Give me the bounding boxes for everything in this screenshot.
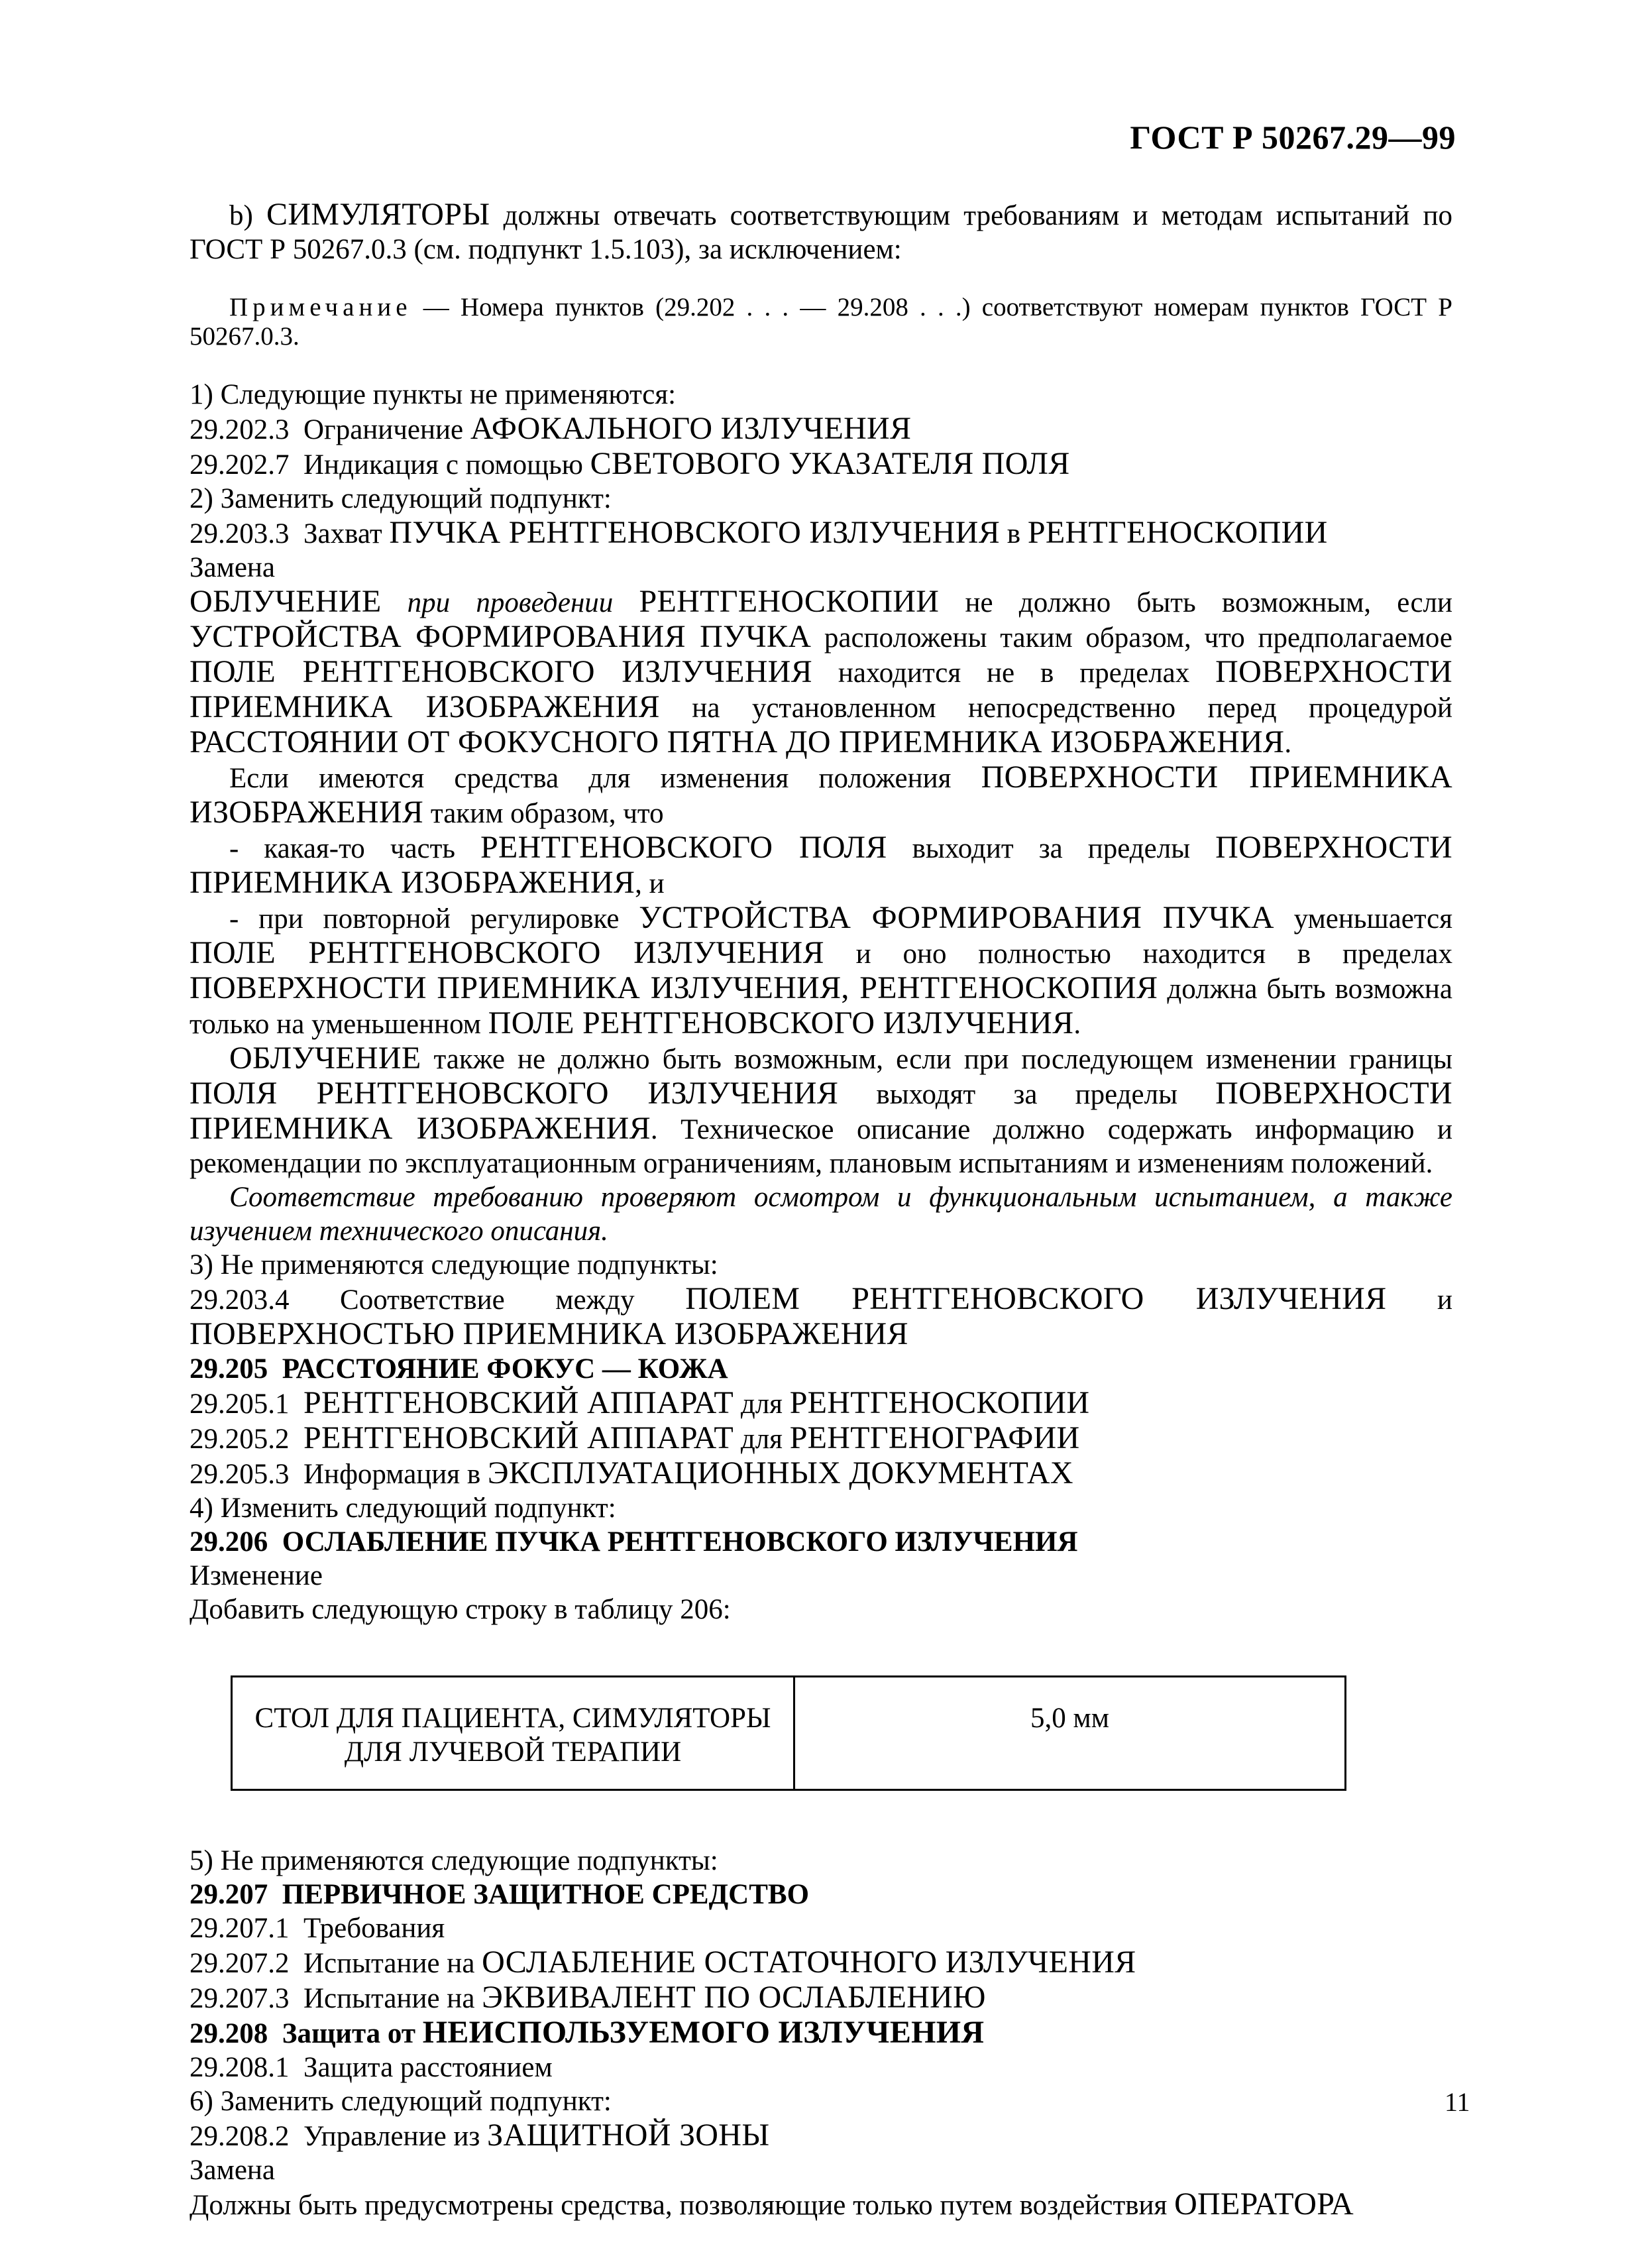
paragraph-text: - какая-то часть (229, 833, 480, 864)
paragraph-text: и (1386, 1284, 1452, 1316)
paragraph-b: b) СИМУЛЯТОРЫ должны отвечать соответств… (190, 198, 1452, 266)
defined-term: НЕИСПОЛЬЗУЕМОГО ИЗЛУЧЕНИЯ (423, 2015, 985, 2050)
defined-term: РЕНТГЕНОВСКИЙ АППАРАТ (303, 1420, 734, 1455)
line-29-207-3: 29.207.3 Испытание на ЭКВИВАЛЕНТ ПО ОСЛА… (190, 1980, 1452, 2015)
table-206-row: СТОЛ ДЛЯ ПАЦИЕНТА, СИМУЛЯТОРЫ ДЛЯ ЛУЧЕВО… (231, 1675, 1346, 1791)
heading-29-205: 29.205 РАССТОЯНИЕ ФОКУС — КОЖА (190, 1352, 1452, 1386)
line-29-207-1: 29.207.1 Требования (190, 1911, 1452, 1945)
defined-term: ОБЛУЧЕНИЕ (190, 584, 381, 619)
clause-heading: Защита от (282, 2018, 423, 2049)
paragraph-text: выходят за пределы (838, 1079, 1215, 1110)
replace-label: Замена (190, 551, 1452, 585)
line-29-203-4: 29.203.4 Соответствие между ПОЛЕМ РЕНТГЕ… (190, 1282, 1452, 1352)
defined-term: ПОЛЕ РЕНТГЕНОВСКОГО ИЗЛУЧЕНИЯ (190, 654, 812, 689)
document-page: ГОСТ Р 50267.29—99 b) СИМУЛЯТОРЫ должны … (0, 0, 1636, 2268)
defined-term: РЕНТГЕНОСКОПИИ (1028, 515, 1328, 550)
line-29-205-1: 29.205.1 РЕНТГЕНОВСКИЙ АППАРАТ для РЕНТГ… (190, 1386, 1452, 1421)
table-cell-item: СТОЛ ДЛЯ ПАЦИЕНТА, СИМУЛЯТОРЫ ДЛЯ ЛУЧЕВО… (232, 1677, 794, 1790)
item-3-intro: 3) Не применяются следующие подпункты: (190, 1248, 1452, 1282)
last-line: Должны быть предусмотрены средства, позв… (190, 2187, 1452, 2222)
clause-number: 29.207.3 (190, 1983, 290, 2014)
table-row: СТОЛ ДЛЯ ПАЦИЕНТА, СИМУЛЯТОРЫ ДЛЯ ЛУЧЕВО… (232, 1677, 1346, 1790)
paragraph-text: . (1284, 728, 1291, 759)
clause-number: 29.206 (190, 1526, 268, 1558)
paragraph-exposure-2: ОБЛУЧЕНИЕ также не должно быть возможным… (190, 1041, 1452, 1180)
clause-text: Ограничение (303, 414, 470, 445)
defined-term: ОБЛУЧЕНИЕ (229, 1041, 421, 1076)
defined-term: ОСЛАБЛЕНИЕ ОСТАТОЧНОГО ИЗЛУЧЕНИЯ (482, 1945, 1136, 1980)
clause-text: Испытание на (303, 1948, 482, 1979)
clause-number: 29.208 (190, 2018, 268, 2049)
paragraph-text: Если имеются средства для изменения поло… (229, 763, 981, 794)
clause-text: Информация в (303, 1459, 488, 1490)
clause-number: 29.202.7 (190, 449, 290, 481)
clause-number: 29.207.1 (190, 1913, 290, 1944)
table-cell-value: 5,0 мм (794, 1677, 1346, 1790)
dash-item-2: - при повторной регулировке УСТРОЙСТВА Ф… (190, 901, 1452, 1041)
clause-text: для (734, 1424, 790, 1455)
defined-term: УСТРОЙСТВА ФОРМИРОВАНИЯ ПУЧКА (190, 619, 811, 654)
heading-29-207: 29.207 ПЕРВИЧНОЕ ЗАЩИТНОЕ СРЕДСТВО (190, 1878, 1452, 1911)
clause-text: Индикация с помощью (303, 449, 590, 481)
clause-text: для (734, 1389, 790, 1420)
paragraph-text: на установленном непосредственно перед п… (660, 693, 1452, 724)
defined-term: РЕНТГЕНОСКОПИИ (639, 584, 940, 619)
defined-term: УСТРОЙСТВА ФОРМИРОВАНИЯ ПУЧКА (639, 900, 1274, 935)
paragraph-text: Должны быть предусмотрены средства, позв… (190, 2190, 1174, 2221)
line-29-207-2: 29.207.2 Испытание на ОСЛАБЛЕНИЕ ОСТАТОЧ… (190, 1945, 1452, 1980)
paragraph-text: и оно полностью находится в пределах (824, 938, 1452, 970)
clause-number: 29.202.3 (190, 414, 290, 445)
line-29-205-2: 29.205.2 РЕНТГЕНОВСКИЙ АППАРАТ для РЕНТГ… (190, 1421, 1452, 1456)
heading-29-206: 29.206 ОСЛАБЛЕНИЕ ПУЧКА РЕНТГЕНОВСКОГО И… (190, 1525, 1452, 1559)
line-29-205-3: 29.205.3 Информация в ЭКСПЛУАТАЦИОННЫХ Д… (190, 1456, 1452, 1491)
paragraph-text: 29.203.4 Соответствие между (190, 1284, 685, 1316)
defined-term: ПУЧКА РЕНТГЕНОВСКОГО ИЗЛУЧЕНИЯ (389, 515, 1000, 550)
document-code-header: ГОСТ Р 50267.29—99 (1130, 118, 1456, 156)
defined-term: РАССТОЯНИИ ОТ ФОКУСНОГО ПЯТНА ДО ПРИЕМНИ… (190, 724, 1284, 760)
item-4-intro: 4) Изменить следующий подпункт: (190, 1491, 1452, 1525)
note-label: Примечание (229, 293, 412, 321)
defined-term: ЭКСПЛУАТАЦИОННЫХ ДОКУМЕНТАХ (488, 1455, 1073, 1491)
page-number: 11 (1445, 2086, 1470, 2118)
line-29-202-7: 29.202.7 Индикация с помощью СВЕТОВОГО У… (190, 447, 1452, 482)
add-row-instruction: Добавить следующую строку в таблицу 206: (190, 1593, 1452, 1626)
clause-heading: РАССТОЯНИЕ ФОКУС — КОЖА (282, 1353, 728, 1385)
heading-29-208: 29.208 Защита от НЕИСПОЛЬЗУЕМОГО ИЗЛУЧЕН… (190, 2015, 1452, 2051)
clause-number: 29.205 (190, 1353, 268, 1385)
defined-term: ОПЕРАТОРА (1174, 2186, 1354, 2222)
clause-heading: ПЕРВИЧНОЕ ЗАЩИТНОЕ СРЕДСТВО (282, 1879, 809, 1910)
defined-term: ПОВЕРХНОСТЬЮ ПРИЕМНИКА ИЗОБРАЖЕНИЯ (190, 1316, 908, 1351)
clause-number: 29.207 (190, 1879, 268, 1910)
defined-term: ПОЛЕ РЕНТГЕНОВСКОГО ИЗЛУЧЕНИЯ (488, 1005, 1074, 1041)
clause-number: 29.208.2 (190, 2121, 290, 2152)
line-29-203-3: 29.203.3 Захват ПУЧКА РЕНТГЕНОВСКОГО ИЗЛ… (190, 516, 1452, 551)
item-6-intro: 6) Заменить следующий подпункт: (190, 2084, 1452, 2118)
line-29-202-3: 29.202.3 Ограничение АФОКАЛЬНОГО ИЗЛУЧЕН… (190, 412, 1452, 447)
note: Примечание — Номера пунктов (29.202 . . … (190, 293, 1452, 351)
item-1-intro: 1) Следующие пункты не применяются: (190, 378, 1452, 412)
clause-number: 29.205.3 (190, 1459, 290, 1490)
defined-term: СИМУЛЯТОРЫ (266, 197, 490, 232)
item-5-intro: 5) Не применяются следующие подпункты: (190, 1844, 1452, 1878)
clause-text: Захват (303, 518, 389, 549)
paragraph-text: расположены таким образом, что предполаг… (811, 622, 1452, 653)
dash-item-1: - какая-то часть РЕНТГЕНОВСКОГО ПОЛЯ вых… (190, 830, 1452, 901)
defined-term: АФОКАЛЬНОГО ИЗЛУЧЕНИЯ (470, 411, 911, 446)
defined-term: РЕНТГЕНОГРАФИИ (790, 1420, 1080, 1455)
list-marker: b) (229, 200, 253, 231)
paragraph-text: при проведении (381, 587, 639, 618)
clause-text: Управление из (303, 2121, 487, 2152)
clause-number: 29.205.2 (190, 1424, 290, 1455)
paragraph-text: таким образом, что (423, 798, 663, 829)
paragraph-text: выходит за пределы (887, 833, 1215, 864)
defined-term: СВЕТОВОГО УКАЗАТЕЛЯ ПОЛЯ (590, 446, 1070, 481)
clause-number: 29.205.1 (190, 1389, 290, 1420)
defined-term: ПОЛЯ РЕНТГЕНОВСКОГО ИЗЛУЧЕНИЯ (190, 1076, 838, 1111)
defined-term: ПОВЕРХНОСТИ ПРИЕМНИКА ИЗЛУЧЕНИЯ, РЕНТГЕН… (190, 970, 1158, 1005)
clause-number: 29.208.1 (190, 2052, 290, 2083)
defined-term: ПОЛЕМ РЕНТГЕНОВСКОГО ИЗЛУЧЕНИЯ (685, 1281, 1386, 1316)
paragraph-text: - при повторной регулировке (229, 903, 639, 935)
clause-text: в (1000, 518, 1028, 549)
paragraph-exposure: ОБЛУЧЕНИЕ при проведении РЕНТГЕНОСКОПИИ … (190, 585, 1452, 760)
defined-term: ПОЛЕ РЕНТГЕНОВСКОГО ИЗЛУЧЕНИЯ (190, 935, 824, 970)
defined-term: РЕНТГЕНОСКОПИИ (790, 1385, 1090, 1420)
paragraph-text: , и (635, 868, 665, 899)
defined-term: ЭКВИВАЛЕНТ ПО ОСЛАБЛЕНИЮ (482, 1980, 986, 2015)
compliance-statement: Соответствие требованию проверяют осмотр… (190, 1180, 1452, 1248)
change-label: Изменение (190, 1559, 1452, 1593)
document-body: b) СИМУЛЯТОРЫ должны отвечать соответств… (190, 198, 1452, 2222)
defined-term: РЕНТГЕНОВСКОГО ПОЛЯ (480, 830, 887, 865)
paragraph-means: Если имеются средства для изменения поло… (190, 760, 1452, 830)
paragraph-text: также не должно быть возможным, если при… (421, 1044, 1452, 1075)
line-29-208-1: 29.208.1 Защита расстоянием (190, 2051, 1452, 2084)
paragraph-text: не должно быть возможным, если (939, 587, 1452, 618)
clause-text: Испытание на (303, 1983, 482, 2014)
clause-text: Защита расстоянием (303, 2052, 553, 2083)
item-2-intro: 2) Заменить следующий подпункт: (190, 482, 1452, 516)
clause-number: 29.207.2 (190, 1948, 290, 1979)
replace-label-2: Замена (190, 2153, 1452, 2187)
defined-term: ЗАЩИТНОЙ ЗОНЫ (487, 2118, 769, 2153)
paragraph-text: уменьшается (1274, 903, 1452, 935)
clause-text: Требования (303, 1913, 445, 1944)
clause-number: 29.203.3 (190, 518, 290, 549)
line-29-208-2: 29.208.2 Управление из ЗАЩИТНОЙ ЗОНЫ (190, 2118, 1452, 2153)
defined-term: РЕНТГЕНОВСКИЙ АППАРАТ (303, 1385, 734, 1420)
paragraph-text: находится не в пределах (812, 657, 1215, 689)
paragraph-text: . (1073, 1009, 1081, 1040)
clause-heading: ОСЛАБЛЕНИЕ ПУЧКА РЕНТГЕНОВСКОГО ИЗЛУЧЕНИ… (282, 1526, 1078, 1558)
